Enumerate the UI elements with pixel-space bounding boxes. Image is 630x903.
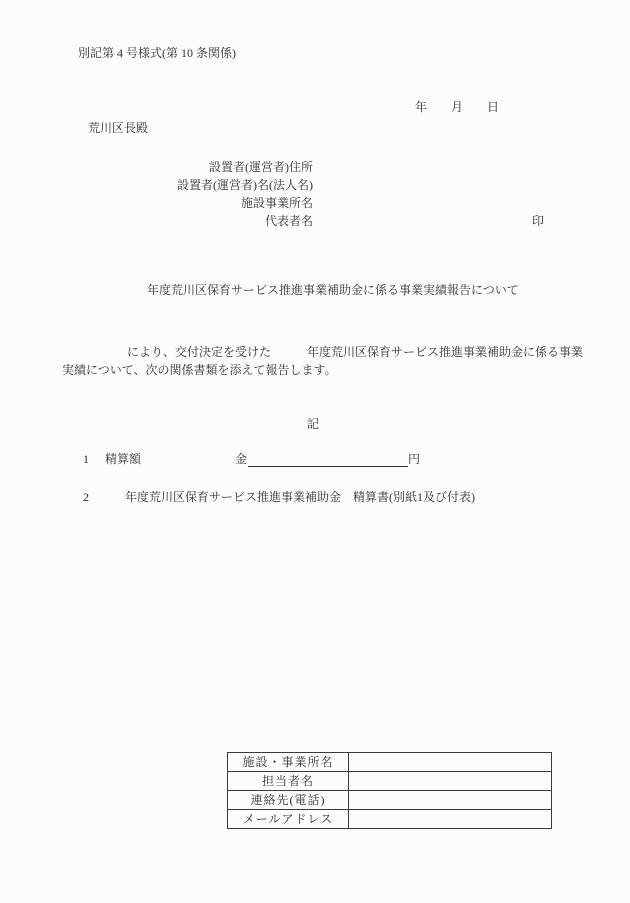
date-line: 年 月 日 (415, 100, 499, 114)
contact-person-cell-label: 担当者名 (228, 772, 349, 791)
representative-name-label: 代表者名 (0, 212, 313, 230)
facility-name-cell-value (349, 753, 552, 772)
phone-cell-value (349, 791, 552, 810)
item1-number: 1 (83, 452, 89, 466)
contact-person-cell-value (349, 772, 552, 791)
body-paragraph-line1: により、交付決定を受けた 年度荒川区保育サービス推進事業補助金に係る事業 (127, 345, 583, 359)
amount-blank-field (248, 452, 408, 467)
document-page: 別記第 4 号様式(第 10 条関係) 年 月 日 荒川区長殿 設置者(運営者)… (0, 0, 630, 903)
document-title: 年度荒川区保育サービス推進事業補助金に係る事業実績報告について (147, 283, 519, 297)
facility-name-label: 施設事業所名 (0, 194, 313, 212)
table-row: メールアドレス (228, 810, 552, 829)
table-row: 連絡先(電話) (228, 791, 552, 810)
email-cell-label: メールアドレス (228, 810, 349, 829)
facility-name-cell-label: 施設・事業所名 (228, 753, 349, 772)
item2-number: 2 (83, 490, 89, 504)
item1-label: 精算額 (105, 452, 141, 466)
table-row: 施設・事業所名 (228, 753, 552, 772)
addressee: 荒川区長殿 (88, 121, 148, 135)
contact-info-table: 施設・事業所名 担当者名 連絡先(電話) メールアドレス (227, 752, 552, 829)
phone-cell-label: 連絡先(電話) (228, 791, 349, 810)
sender-address-label: 設置者(運営者)住所 (0, 158, 313, 176)
email-cell-value (349, 810, 552, 829)
item1-unit-suffix: 円 (408, 452, 420, 466)
form-number: 別記第 4 号様式(第 10 条関係) (78, 46, 236, 60)
seal-mark: 印 (532, 214, 544, 228)
sender-name-label: 設置者(運営者)名(法人名) (0, 176, 313, 194)
body-paragraph-line2: 実績について、次の関係書類を添えて報告します。 (62, 363, 337, 377)
item1-currency-prefix: 金 (235, 452, 247, 466)
item2-label: 年度荒川区保育サービス推進事業補助金 精算書(別紙1及び付表) (125, 490, 475, 504)
table-row: 担当者名 (228, 772, 552, 791)
ki-section-label: 記 (307, 417, 319, 431)
sender-block: 設置者(運営者)住所 設置者(運営者)名(法人名) 施設事業所名 代表者名 (0, 158, 313, 230)
